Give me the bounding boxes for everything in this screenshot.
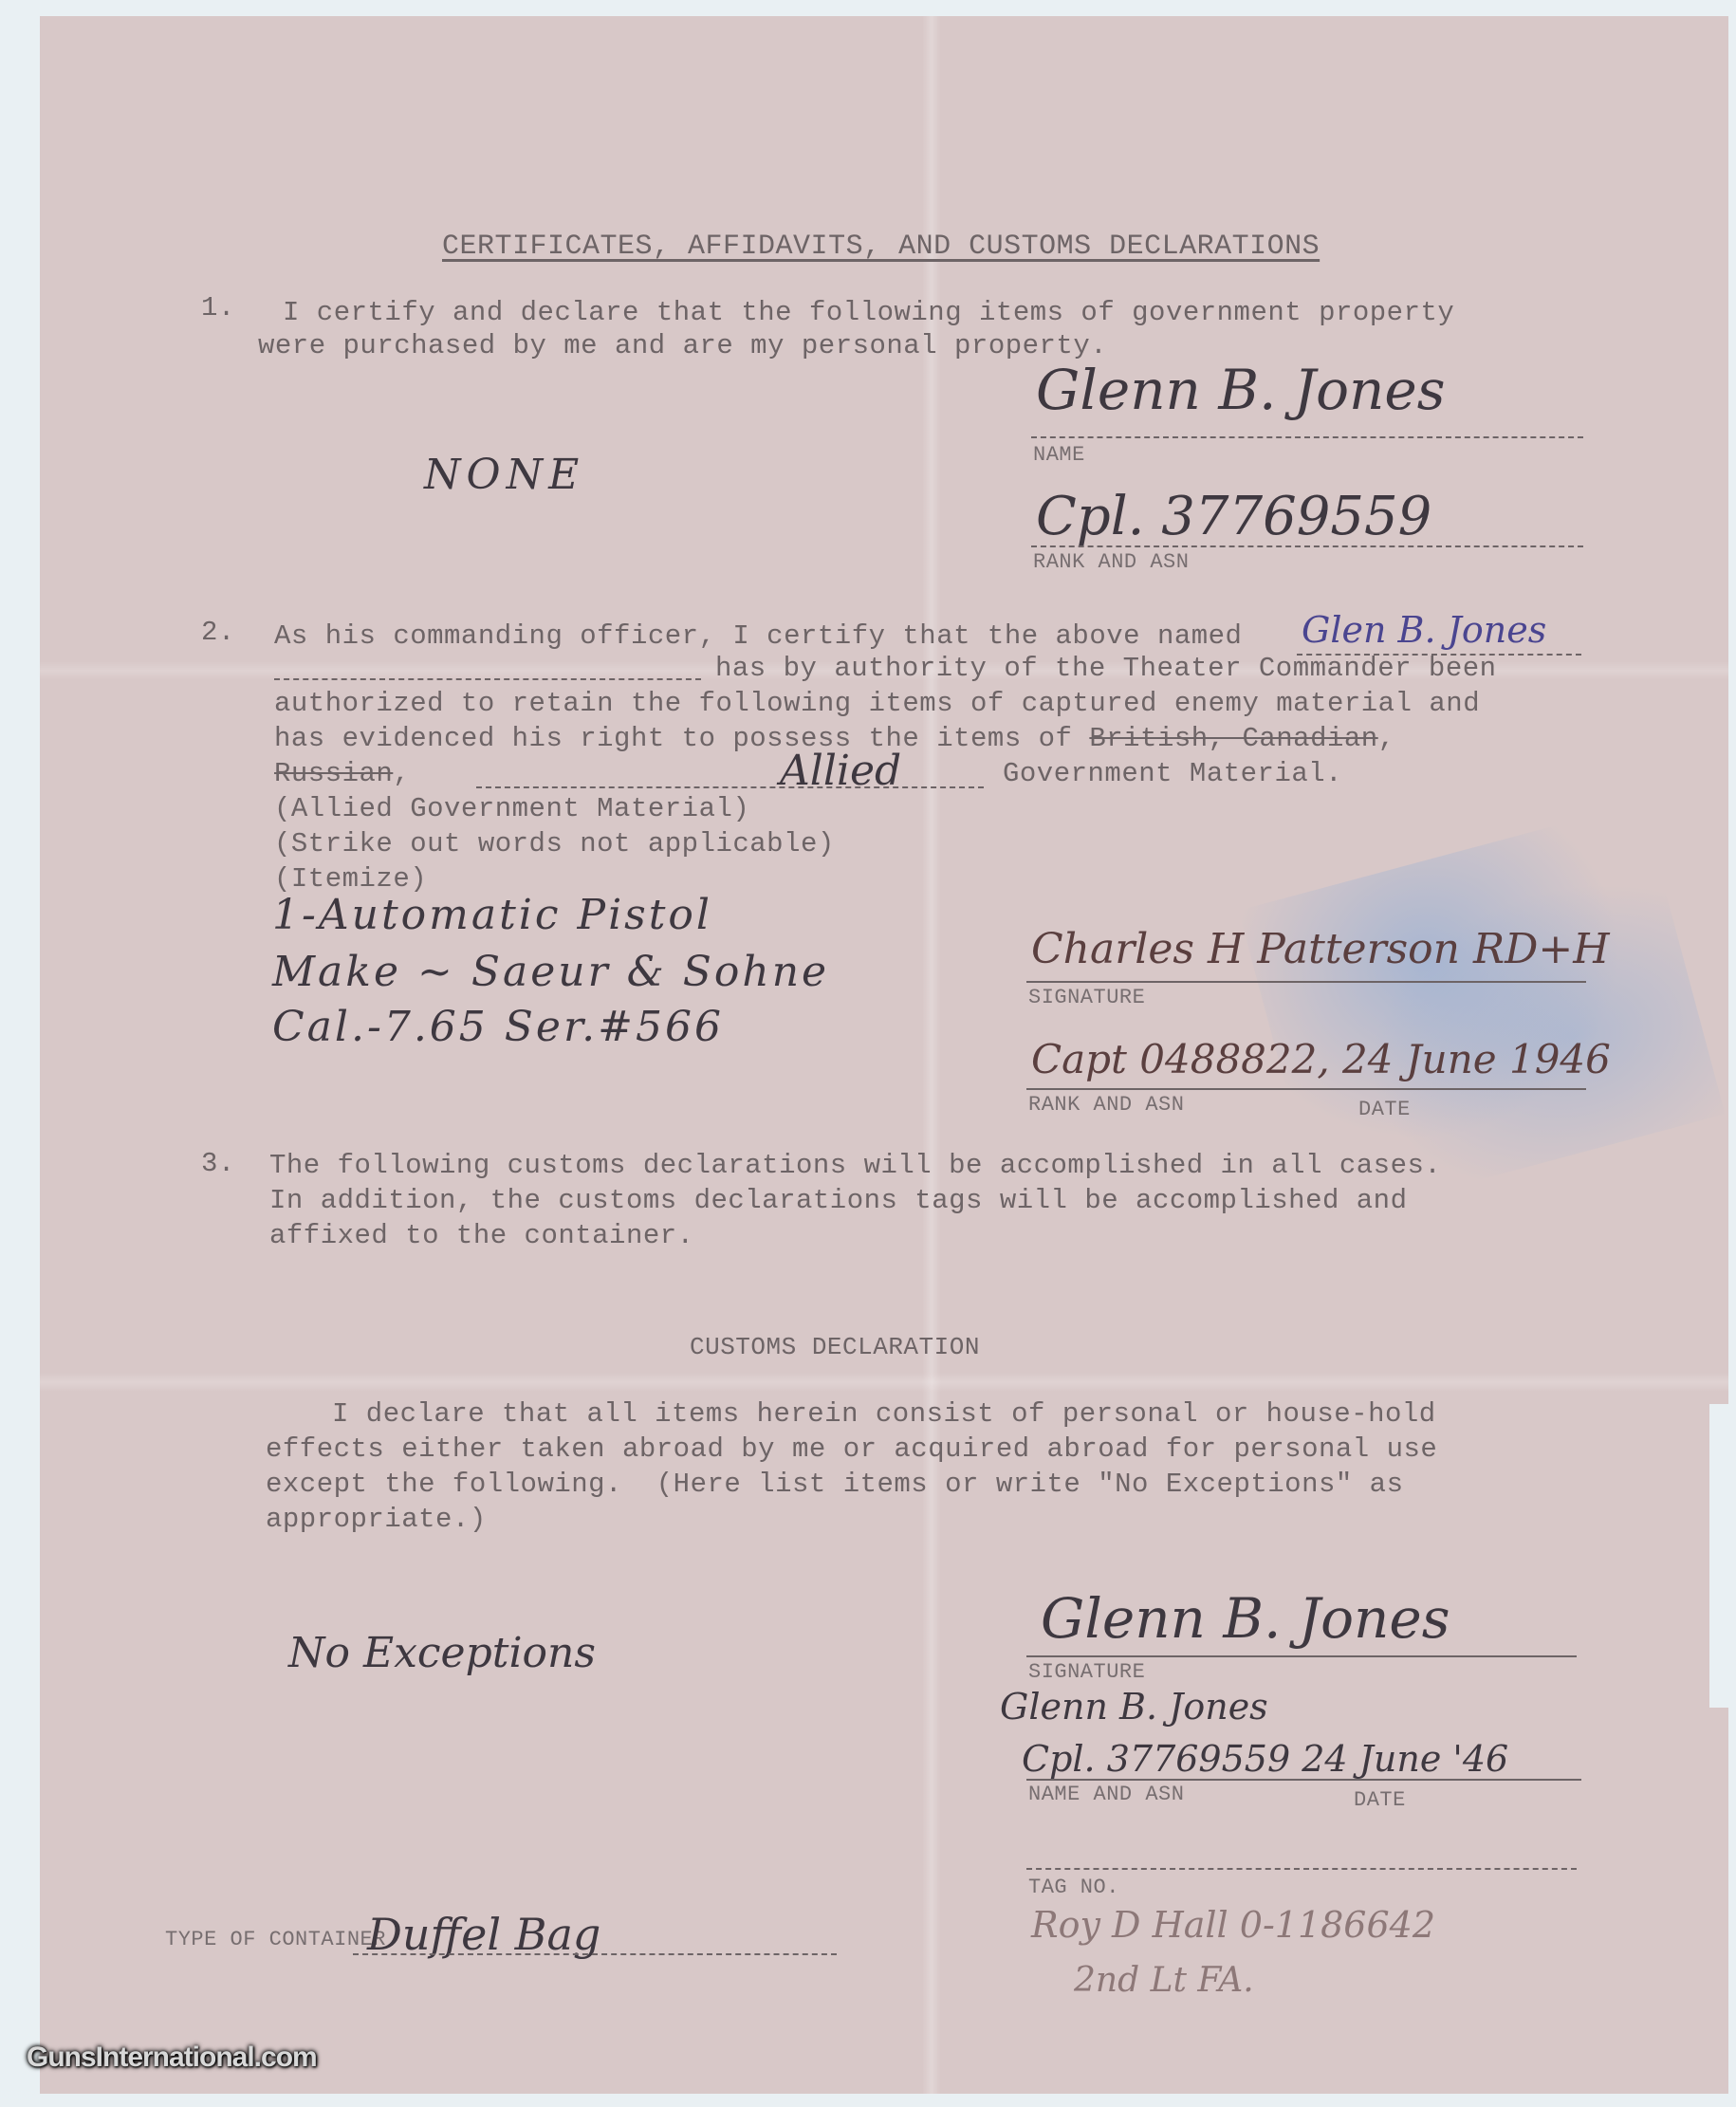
section2-line1: As his commanding officer, I certify tha… (274, 619, 1242, 654)
section2-signature-label: SIGNATURE (1028, 986, 1145, 1009)
customs-heading: CUSTOMS DECLARATION (690, 1330, 980, 1364)
customs-name-asn-date: Cpl. 37769559 24 June '46 (1022, 1738, 1508, 1780)
section2-item-line3: Cal.-7.65 Ser.#566 (272, 1003, 724, 1051)
section1-line2: were purchased by me and are my personal… (258, 329, 1107, 363)
section2-rank-asn-label: RANK AND ASN (1028, 1093, 1184, 1117)
section2-note2: (Strike out words not applicable) (274, 827, 835, 861)
customs-line4: appropriate.) (266, 1503, 487, 1537)
section2-allied-handwritten: Allied (780, 747, 901, 795)
section3-line1: The following customs declarations will … (269, 1149, 1441, 1183)
customs-name-asn-label: NAME AND ASN (1028, 1783, 1184, 1806)
section2-line2: has by authority of the Theater Commande… (715, 652, 1497, 686)
section2-line3: authorized to retain the following items… (274, 687, 1480, 721)
section1-line1: I certify and declare that the following… (283, 296, 1454, 330)
tag-number-label: TAG NO. (1028, 1876, 1119, 1899)
watermark-logo: GunsInternational.com (27, 2042, 317, 2074)
section2-note1: (Allied Government Material) (274, 792, 749, 826)
customs-printed-name: Glenn B. Jones (1000, 1686, 1268, 1728)
section1-rank-asn: Cpl. 37769559 (1036, 486, 1431, 547)
section2-officer-rank-date: Capt 0488822, 24 June 1946 (1031, 1036, 1611, 1082)
section3-line2: In addition, the customs declarations ta… (269, 1184, 1408, 1218)
container-type-label: TYPE OF CONTAINER (165, 1928, 386, 1951)
section3-number: 3. (201, 1147, 235, 1181)
customs-date-label: DATE (1354, 1788, 1406, 1812)
container-type-handwritten: Duffel Bag (367, 1909, 600, 1960)
customs-signature-label: SIGNATURE (1028, 1660, 1145, 1684)
line4-prefix: has evidenced his right to possess the i… (274, 723, 1089, 754)
inspector-signature: Roy D Hall 0-1186642 (1031, 1904, 1435, 1946)
section1-items-handwritten: NONE (424, 451, 584, 499)
section1-number: 1. (201, 291, 235, 325)
section1-name-line (1031, 436, 1583, 438)
customs-line1: I declare that all items herein consist … (332, 1397, 1436, 1432)
section1-rank-asn-line (1031, 545, 1583, 547)
section2-named-handwritten: Glen B. Jones (1302, 609, 1546, 651)
customs-signature: Glenn B. Jones (1041, 1586, 1450, 1651)
section2-number: 2. (201, 616, 235, 650)
section2-named-line-2 (274, 678, 701, 680)
container-type-line (353, 1953, 837, 1955)
customs-line3: except the following. (Here list items o… (266, 1468, 1404, 1502)
section1-name-label: NAME (1033, 443, 1085, 467)
torn-edge (1709, 1404, 1736, 1708)
customs-name-asn-line (1026, 1779, 1581, 1781)
document-page: CERTIFICATES, AFFIDAVITS, AND CUSTOMS DE… (40, 16, 1728, 2094)
section2-signature-line (1026, 981, 1586, 983)
section2-allied-line (476, 786, 984, 788)
section2-officer-signature: Charles H Patterson RD+H (1031, 925, 1610, 973)
section2-item-line2: Make ~ Saeur & Sohne (272, 948, 829, 996)
struck-russian: Russian (274, 758, 393, 789)
tag-number-line (1026, 1868, 1577, 1870)
section2-line5: Russian, (274, 757, 410, 791)
inspector-rank: 2nd Lt FA. (1074, 1961, 1254, 2000)
section1-name-signature: Glenn B. Jones (1036, 358, 1445, 422)
section2-item-line1: 1-Automatic Pistol (272, 891, 712, 939)
section1-rank-asn-label: RANK AND ASN (1033, 550, 1189, 574)
document-title: CERTIFICATES, AFFIDAVITS, AND CUSTOMS DE… (442, 230, 1320, 264)
struck-british-canadian: British, Canadian (1089, 723, 1377, 754)
customs-signature-line (1026, 1655, 1577, 1657)
section2-line5-suffix: Government Material. (1003, 757, 1342, 791)
section2-date-label: DATE (1358, 1098, 1411, 1121)
customs-exceptions-handwritten: No Exceptions (288, 1629, 596, 1677)
customs-line2: effects either taken abroad by me or acq… (266, 1432, 1437, 1467)
line4-suffix: , (1378, 723, 1395, 754)
line5-comma: , (393, 758, 410, 789)
section3-line3: affixed to the container. (269, 1219, 694, 1253)
section2-rank-line (1026, 1088, 1586, 1090)
